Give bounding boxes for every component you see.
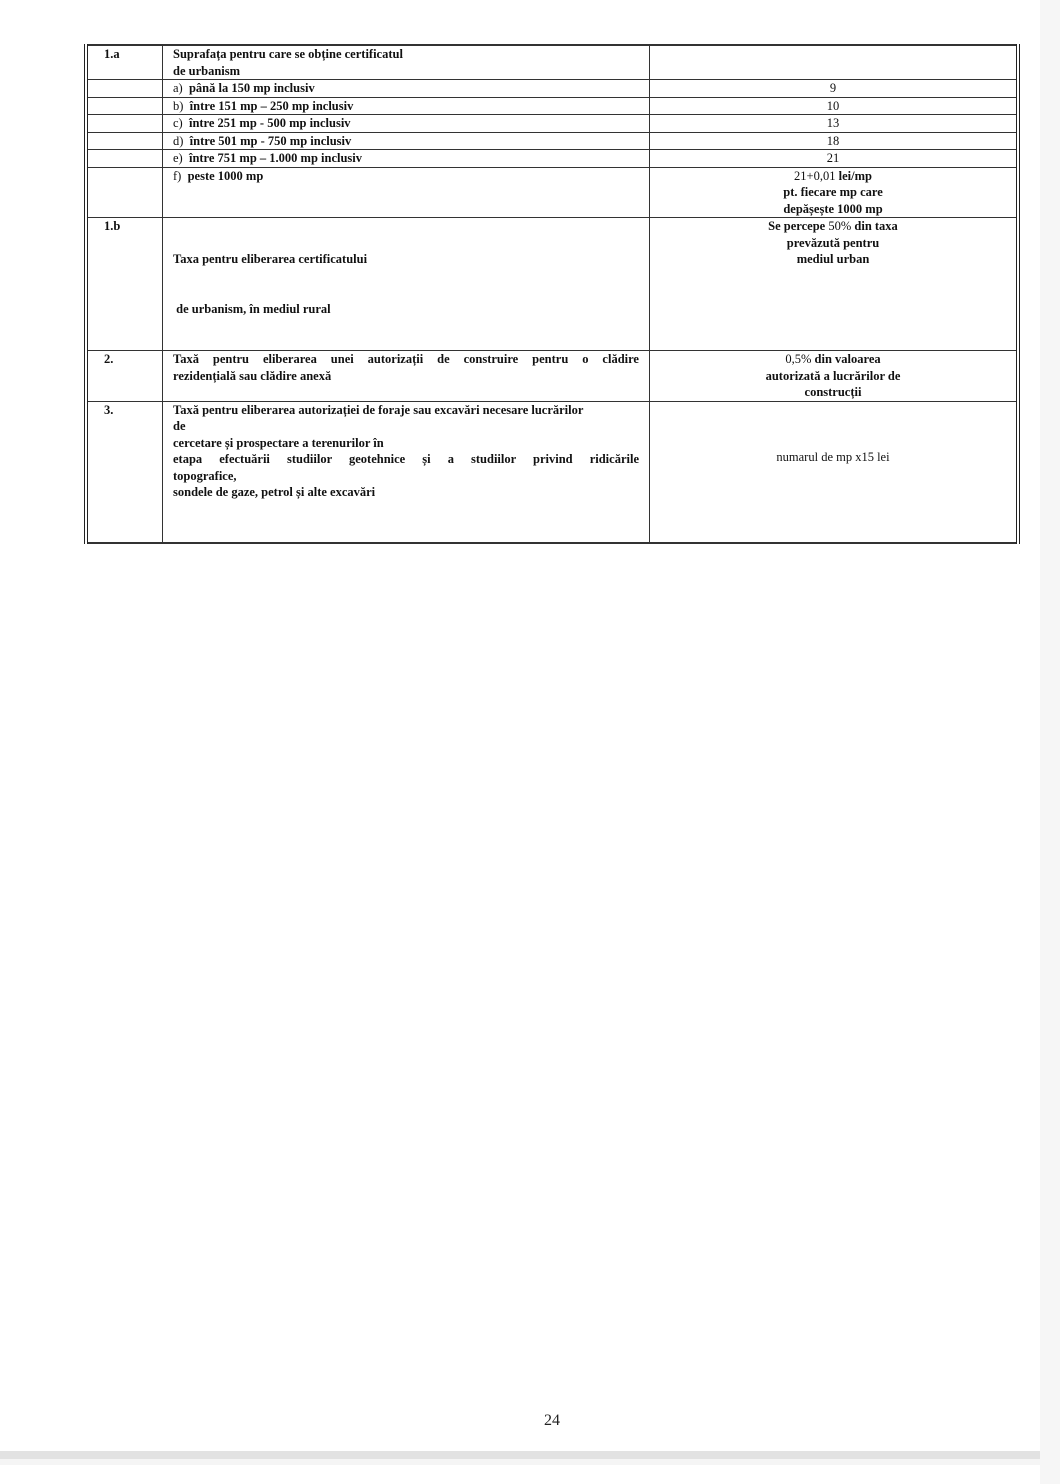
row-value: 18: [650, 132, 1019, 150]
table-row: a) până la 150 mp inclusiv 9: [86, 80, 1018, 98]
item-text: peste 1000 mp: [188, 169, 264, 183]
value-line: depășește 1000 mp: [658, 201, 1008, 218]
row-description: f) peste 1000 mp: [163, 167, 650, 218]
row-value: 0,5% din valoarea autorizată a lucrărilo…: [650, 351, 1019, 402]
item-text: între 151 mp – 250 mp inclusiv: [190, 99, 354, 113]
value-line: mediul urban: [658, 251, 1008, 268]
row-number: 3.: [86, 401, 163, 543]
description-line: Taxa pentru eliberarea certificatului: [173, 251, 639, 268]
row-number: 1.a: [86, 45, 163, 80]
item-letter: c): [173, 116, 183, 130]
description-line: Suprafața pentru care se obține certific…: [173, 46, 639, 63]
table-row: d) între 501 mp - 750 mp inclusiv 18: [86, 132, 1018, 150]
table-row: 1.a Suprafața pentru care se obține cert…: [86, 45, 1018, 80]
value-suffix: din valoarea: [811, 352, 880, 366]
row-description: c) între 251 mp - 500 mp inclusiv: [163, 115, 650, 133]
row-value: 21: [650, 150, 1019, 168]
description-line: sondele de gaze, petrol și alte excavări: [173, 484, 639, 501]
description-line: Taxă pentru eliberarea autorizației de f…: [173, 402, 639, 419]
row-description: Taxa pentru eliberarea certificatului de…: [163, 218, 650, 351]
item-letter: d): [173, 134, 183, 148]
item-text: între 251 mp - 500 mp inclusiv: [189, 116, 351, 130]
value-percent: 0,5%: [785, 352, 811, 366]
fees-table: 1.a Suprafața pentru care se obține cert…: [84, 44, 1020, 544]
row-value: numarul de mp x15 lei: [650, 401, 1019, 543]
row-value: 13: [650, 115, 1019, 133]
row-description: d) între 501 mp - 750 mp inclusiv: [163, 132, 650, 150]
row-number-empty: [86, 167, 163, 218]
row-number-empty: [86, 97, 163, 115]
item-text: între 501 mp - 750 mp inclusiv: [190, 134, 352, 148]
row-description: a) până la 150 mp inclusiv: [163, 80, 650, 98]
table-row: e) între 751 mp – 1.000 mp inclusiv 21: [86, 150, 1018, 168]
table-row: c) între 251 mp - 500 mp inclusiv 13: [86, 115, 1018, 133]
description-line: de urbanism: [173, 63, 639, 80]
description-line: cercetare și prospectare a terenurilor î…: [173, 435, 639, 452]
table-row: 1.b Taxa pentru eliberarea certificatulu…: [86, 218, 1018, 351]
item-letter: a): [173, 81, 183, 95]
row-number: 1.b: [86, 218, 163, 351]
row-description: Suprafața pentru care se obține certific…: [163, 45, 650, 80]
value-prefix: Se percepe: [768, 219, 828, 233]
description-line: de: [173, 418, 639, 435]
page-number: 24: [532, 1412, 572, 1430]
table-row: f) peste 1000 mp 21+0,01 lei/mp pt. fiec…: [86, 167, 1018, 218]
row-value: 9: [650, 80, 1019, 98]
value-unit: lei/mp: [835, 169, 871, 183]
item-letter: b): [173, 99, 183, 113]
description-line: topografice,: [173, 468, 639, 485]
value-line: prevăzută pentru: [658, 235, 1008, 252]
value-line: pt. fiecare mp care: [658, 184, 1008, 201]
row-number: 2.: [86, 351, 163, 402]
value-line: construcții: [658, 384, 1008, 401]
value-amount: 21+0,01: [794, 169, 835, 183]
row-value: 10: [650, 97, 1019, 115]
description-line: de urbanism, în mediul rural: [173, 301, 639, 318]
page-separator-shadow: [0, 1459, 1040, 1465]
value-percent: 50%: [828, 219, 851, 233]
row-number-empty: [86, 132, 163, 150]
item-letter: e): [173, 151, 183, 165]
row-number-empty: [86, 150, 163, 168]
item-letter: f): [173, 169, 181, 183]
row-value: 21+0,01 lei/mp pt. fiecare mp care depăș…: [650, 167, 1019, 218]
table-row: 2. Taxă pentru eliberarea unei autorizaț…: [86, 351, 1018, 402]
value-suffix: din taxa: [851, 219, 898, 233]
row-description: Taxă pentru eliberarea autorizației de f…: [163, 401, 650, 543]
viewer-side-strip: [1040, 0, 1060, 1484]
item-text: până la 150 mp inclusiv: [189, 81, 315, 95]
page-separator: [0, 1451, 1040, 1459]
value-line: autorizată a lucrărilor de: [658, 368, 1008, 385]
description-line: Taxă pentru eliberarea unei autorizații …: [173, 351, 639, 368]
row-description: e) între 751 mp – 1.000 mp inclusiv: [163, 150, 650, 168]
row-value: Se percepe 50% din taxa prevăzută pentru…: [650, 218, 1019, 351]
row-number-empty: [86, 80, 163, 98]
item-text: între 751 mp – 1.000 mp inclusiv: [189, 151, 362, 165]
row-description: b) între 151 mp – 250 mp inclusiv: [163, 97, 650, 115]
row-number-empty: [86, 115, 163, 133]
table-row: b) între 151 mp – 250 mp inclusiv 10: [86, 97, 1018, 115]
description-line: etapa efectuării studiilor geotehnice și…: [173, 451, 639, 468]
row-value: [650, 45, 1019, 80]
description-line: rezidențială sau clădire anexă: [173, 368, 639, 385]
row-description: Taxă pentru eliberarea unei autorizații …: [163, 351, 650, 402]
table-row: 3. Taxă pentru eliberarea autorizației d…: [86, 401, 1018, 543]
